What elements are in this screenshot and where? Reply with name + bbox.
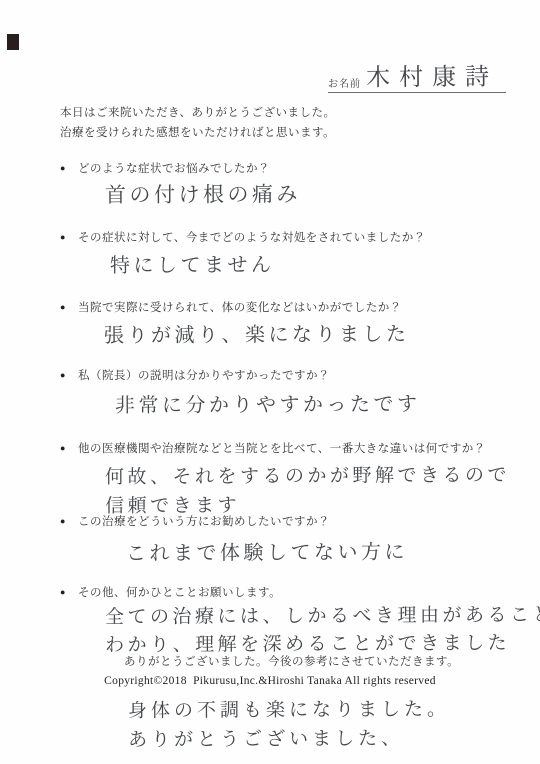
question-block-explanation: ● 私（院長）の説明は分かりやすかったですか？ 非常に分かりやすかったです [60,367,520,419]
bullet-icon: ● [60,302,78,312]
survey-sheet: お名前 木村康詩 本日はご来院いただき、ありがとうございました。 治療を受けられ… [0,0,540,764]
handwritten-postscript: 身体の不調も楽になりました。 ありがとうございました、 [128,695,450,755]
scan-corner-artifact [7,34,19,50]
postscript-line-2: ありがとうございました、 [128,724,450,755]
handwritten-answer: 非常に分かりやすかったです [115,389,520,420]
closing-text: ありがとうございました。今後の参考にさせていただきます。 [124,653,459,669]
question-text: その症状に対して、今までどのような対処をされていましたか？ [78,229,426,245]
bullet-icon: ● [60,516,78,526]
question-text: その他、何かひとことお願いします。 [78,584,281,600]
question-block-body-change: ● 当院で実際に受けられて、体の変化などはいかがでしたか？ 張りが減り、楽になり… [60,299,520,349]
question-block-difference: ● 他の医療機関や治療院などと当院とを比べて、一番大きな違いは何ですか？ 何故、… [60,440,520,520]
intro-line-1: 本日はご来院いただき、ありがとうございました。 [60,104,336,124]
handwritten-answer: 首の付け根の痛み [105,179,520,210]
postscript-line-1: 身体の不調も楽になりました。 [128,695,450,726]
handwritten-answer: 全ての治療には、しかるべき理由があることが わかり、理解を深めることができました [105,601,520,659]
bullet-icon: ● [60,587,78,597]
question-text: この治療をどういう方にお勧めしたいですか？ [78,513,330,529]
bullet-icon: ● [60,163,78,173]
question-block-recommend: ● この治療をどういう方にお勧めしたいですか？ これまで体験してない方に [60,513,520,567]
handwritten-answer: これまで体験してない方に [126,537,520,568]
question-text: 当院で実際に受けられて、体の変化などはいかがでしたか？ [78,299,402,315]
question-text: 他の医療機関や治療院などと当院とを比べて、一番大きな違いは何ですか？ [78,440,486,456]
patient-name-handwritten: 木村康詩 [366,57,498,93]
handwritten-answer: 張りが減り、楽になりました [104,319,520,350]
name-label: お名前 [328,75,361,92]
question-block-previous-care: ● その症状に対して、今までどのような対処をされていましたか？ 特にしてません [60,229,520,279]
intro-line-2: 治療を受けられた感想をいただければと思います。 [60,124,336,144]
intro-text: 本日はご来院いただき、ありがとうございました。 治療を受けられた感想をいただけれ… [60,104,336,143]
name-field: お名前 木村康詩 [328,58,506,93]
handwritten-answer: 特にしてません [110,249,520,280]
bullet-icon: ● [60,232,78,242]
question-text: 私（院長）の説明は分かりやすかったですか？ [78,367,330,383]
question-text: どのような症状でお悩みでしたか？ [78,160,270,176]
question-block-symptoms: ● どのような症状でお悩みでしたか？ 首の付け根の痛み [60,160,520,209]
bullet-icon: ● [60,443,78,453]
question-block-final-comment: ● その他、何かひとことお願いします。 全ての治療には、しかるべき理由があること… [60,584,520,658]
copyright-line: Copyright©2018 Pikurusu,Inc.&Hiroshi Tan… [0,675,540,687]
bullet-icon: ● [60,370,78,380]
